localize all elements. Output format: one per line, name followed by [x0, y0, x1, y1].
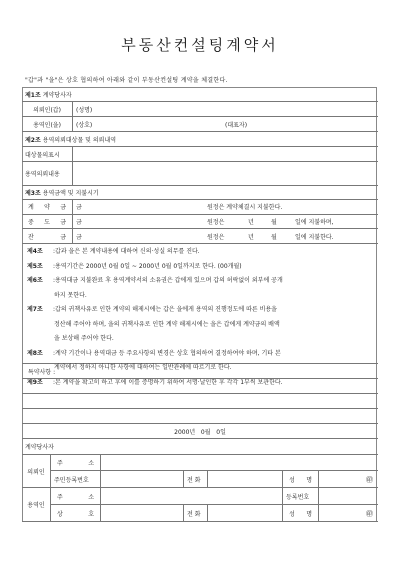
label-char: 호: [88, 509, 94, 518]
client-role: 의뢰인: [22, 455, 50, 487]
label-char: 중: [28, 217, 34, 226]
balance-year[interactable]: 년: [245, 229, 265, 243]
client-name-field[interactable]: ㊞: [318, 471, 378, 488]
label-char: 금: [60, 232, 66, 241]
payment-row-interim: 중 도 금 금 원정은 년 월 일에 지불하며,: [22, 215, 378, 230]
label-char: 소: [88, 458, 94, 467]
article-text: :계약 기간이나 용역대금 등 주요사항의 변경은 상호 협의하여 결정하여야 …: [53, 347, 281, 362]
client-id-field[interactable]: [100, 471, 183, 488]
article-text-cont: 정산해 주어야 하며, 을의 귀책사유로 인한 계약 해제시에는 을은 갑에게 …: [27, 318, 372, 333]
article-text: :갑과 을은 본 계약내용에 대하여 신의·성실 의무를 진다.: [53, 245, 200, 260]
client-name-hint: (성명): [76, 105, 92, 114]
representative-field[interactable]: (대표자): [222, 117, 378, 131]
label-char: 명: [306, 475, 312, 484]
contractor-address-row: 주 소 등록번호: [50, 488, 378, 505]
deposit-amount-field[interactable]: 금: [72, 200, 152, 214]
seal-icon: ㊞: [366, 475, 373, 485]
article6: 제6조:용역대금 지불완료 후 용역계약서의 소유권은 갑에게 있으며 갑의 허…: [27, 274, 372, 303]
label-char: 소: [88, 492, 94, 501]
article-text: :용역대금 지불완료 후 용역계약서의 소유권은 갑에게 있으며 갑의 허락없이…: [53, 274, 283, 289]
article-number: 제6조: [27, 274, 53, 289]
date-row: 2000년 0월 0일: [22, 424, 378, 439]
article-text: :용역기간은 2000년 0월 0일 ~ 2000년 0월 0일까지로 한다. …: [53, 260, 242, 275]
article1-number: 제1조: [25, 90, 41, 99]
article3-number: 제3조: [25, 188, 41, 197]
request-row: 용역의뢰내용: [22, 162, 378, 186]
article-number: 제5조: [27, 260, 53, 275]
contractor-row: 용역인(을) (상호) (대표자): [22, 117, 378, 132]
label-char: 성: [289, 475, 295, 484]
label-char: 주: [57, 458, 63, 467]
parties-heading-row: 계약당사자: [22, 439, 378, 455]
special-terms-row: 특약사항 :: [22, 364, 378, 379]
label-char: 성: [289, 509, 295, 518]
contractor-trade-hint: (상호): [76, 120, 92, 129]
client-id-row: 주민등록번호 전 화 성 명 ㊞: [50, 471, 378, 488]
contractor-address-field[interactable]: [100, 488, 282, 504]
contract-date[interactable]: 2000년 0월 0일: [22, 424, 378, 438]
article7: 제7조:갑의 귀책사유로 인한 계약의 해제시에는 갑은 을에게 용역의 진행정…: [27, 303, 372, 347]
interim-amount-field[interactable]: 금: [72, 215, 152, 229]
special-terms-line-3[interactable]: [22, 409, 378, 424]
contractor-name-field[interactable]: ㊞: [318, 505, 378, 522]
contractor-reg-field[interactable]: [318, 488, 378, 504]
label-char: 상: [57, 509, 63, 518]
client-name-field[interactable]: (성명): [72, 102, 378, 116]
client-phone-label: 전 화: [183, 471, 207, 488]
parties-heading: 계약당사자: [22, 439, 378, 454]
object-row: 대상물의표시: [22, 147, 378, 162]
label-char: 계: [28, 202, 34, 211]
article2-heading-row: 제2조 용역의뢰대상물 및 의뢰내역: [22, 132, 378, 147]
special-terms-line-1[interactable]: [22, 379, 378, 394]
currency-unit: 금: [76, 232, 82, 241]
article5: 제5조:용역기간은 2000년 0월 0일 ~ 2000년 0월 0일까지로 한…: [27, 260, 372, 275]
article4: 제4조:갑과 을은 본 계약내용에 대하여 신의·성실 의무를 진다.: [27, 245, 372, 260]
currency-unit: 금: [76, 217, 82, 226]
special-terms-line-2[interactable]: [22, 394, 378, 409]
article2-heading: 용역의뢰대상물 및 의뢰내역: [43, 135, 116, 144]
label-char: 금: [60, 217, 66, 226]
article-text-cont: 을 보상해 주어야 한다.: [27, 332, 372, 347]
contractor-label: 용역인(을): [22, 117, 72, 131]
client-id-label: 주민등록번호: [50, 471, 100, 488]
contractor-trade-row: 상 호 전 화 성 명 ㊞: [50, 505, 378, 522]
contractor-phone-field[interactable]: [207, 505, 282, 522]
object-label: 대상물의표시: [22, 147, 72, 161]
special-terms-label: 특약사항 :: [22, 364, 378, 378]
article1-heading: 계약당사자: [43, 90, 72, 99]
article-text: :갑의 귀책사유로 인한 계약의 해제시에는 갑은 을에게 용역의 진행정도에 …: [53, 303, 277, 318]
representative-hint: (대표자): [225, 120, 247, 129]
document-title: 부동산컨설팅계약서: [0, 34, 400, 55]
client-phone-field[interactable]: [207, 471, 282, 488]
seal-icon: ㊞: [366, 509, 373, 519]
contractor-trade-name-field[interactable]: [100, 505, 183, 522]
label-char: 금: [60, 202, 66, 211]
article2-number: 제2조: [25, 135, 41, 144]
balance-amount-field[interactable]: 금: [72, 229, 152, 243]
label-char: 주: [57, 492, 63, 501]
contractor-reg-label: 등록번호: [282, 488, 318, 504]
contractor-phone-label: 전 화: [183, 505, 207, 522]
intro-text: "갑"과 "을"은 상호 협의하여 아래와 같이 부동산컨설팅 계약을 체결한다…: [25, 75, 228, 84]
client-row: 의뢰인(갑) (성명): [22, 102, 378, 117]
article3-heading-row: 제3조 용역금액 및 지불시기: [22, 186, 378, 200]
article1-heading-row: 제1조 계약당사자: [22, 87, 378, 102]
interim-terms-pre: 원정은: [207, 215, 247, 229]
request-field[interactable]: [72, 162, 378, 185]
contractor-trade-field[interactable]: (상호): [72, 117, 222, 131]
contractor-role: 용역인: [22, 488, 50, 521]
label-char: 잔: [28, 232, 34, 241]
request-label: 용역의뢰내용: [22, 162, 72, 185]
balance-terms-pre: 원정은: [207, 229, 247, 243]
article-number: 제8조: [27, 347, 53, 362]
article-text-cont: 하지 못한다.: [27, 289, 372, 304]
client-address-row: 주 소: [50, 455, 378, 471]
client-label: 의뢰인(갑): [22, 102, 72, 116]
label-char: 도: [44, 217, 50, 226]
article-number: 제4조: [27, 245, 53, 260]
deposit-terms: 원정은 계약체결시 지불한다.: [207, 200, 378, 214]
object-field[interactable]: [72, 147, 378, 161]
payment-row-balance: 잔 금 금 원정은 년 월 일에 지불한다.: [22, 229, 378, 244]
balance-day-terms: 일에 지불한다.: [292, 229, 378, 243]
balance-month[interactable]: 월: [268, 229, 288, 243]
interim-year[interactable]: 년: [245, 215, 265, 229]
label-char: 명: [306, 509, 312, 518]
article3-heading: 용역금액 및 지불시기: [43, 188, 99, 197]
label-char: 약: [44, 202, 50, 211]
client-address-field[interactable]: [100, 455, 378, 470]
article-number: 제7조: [27, 303, 53, 318]
currency-unit: 금: [76, 202, 82, 211]
payment-row-deposit: 계 약 금 금 원정은 계약체결시 지불한다.: [22, 200, 378, 215]
interim-day-terms: 일에 지불하며,: [292, 215, 378, 229]
interim-month[interactable]: 월: [268, 215, 288, 229]
